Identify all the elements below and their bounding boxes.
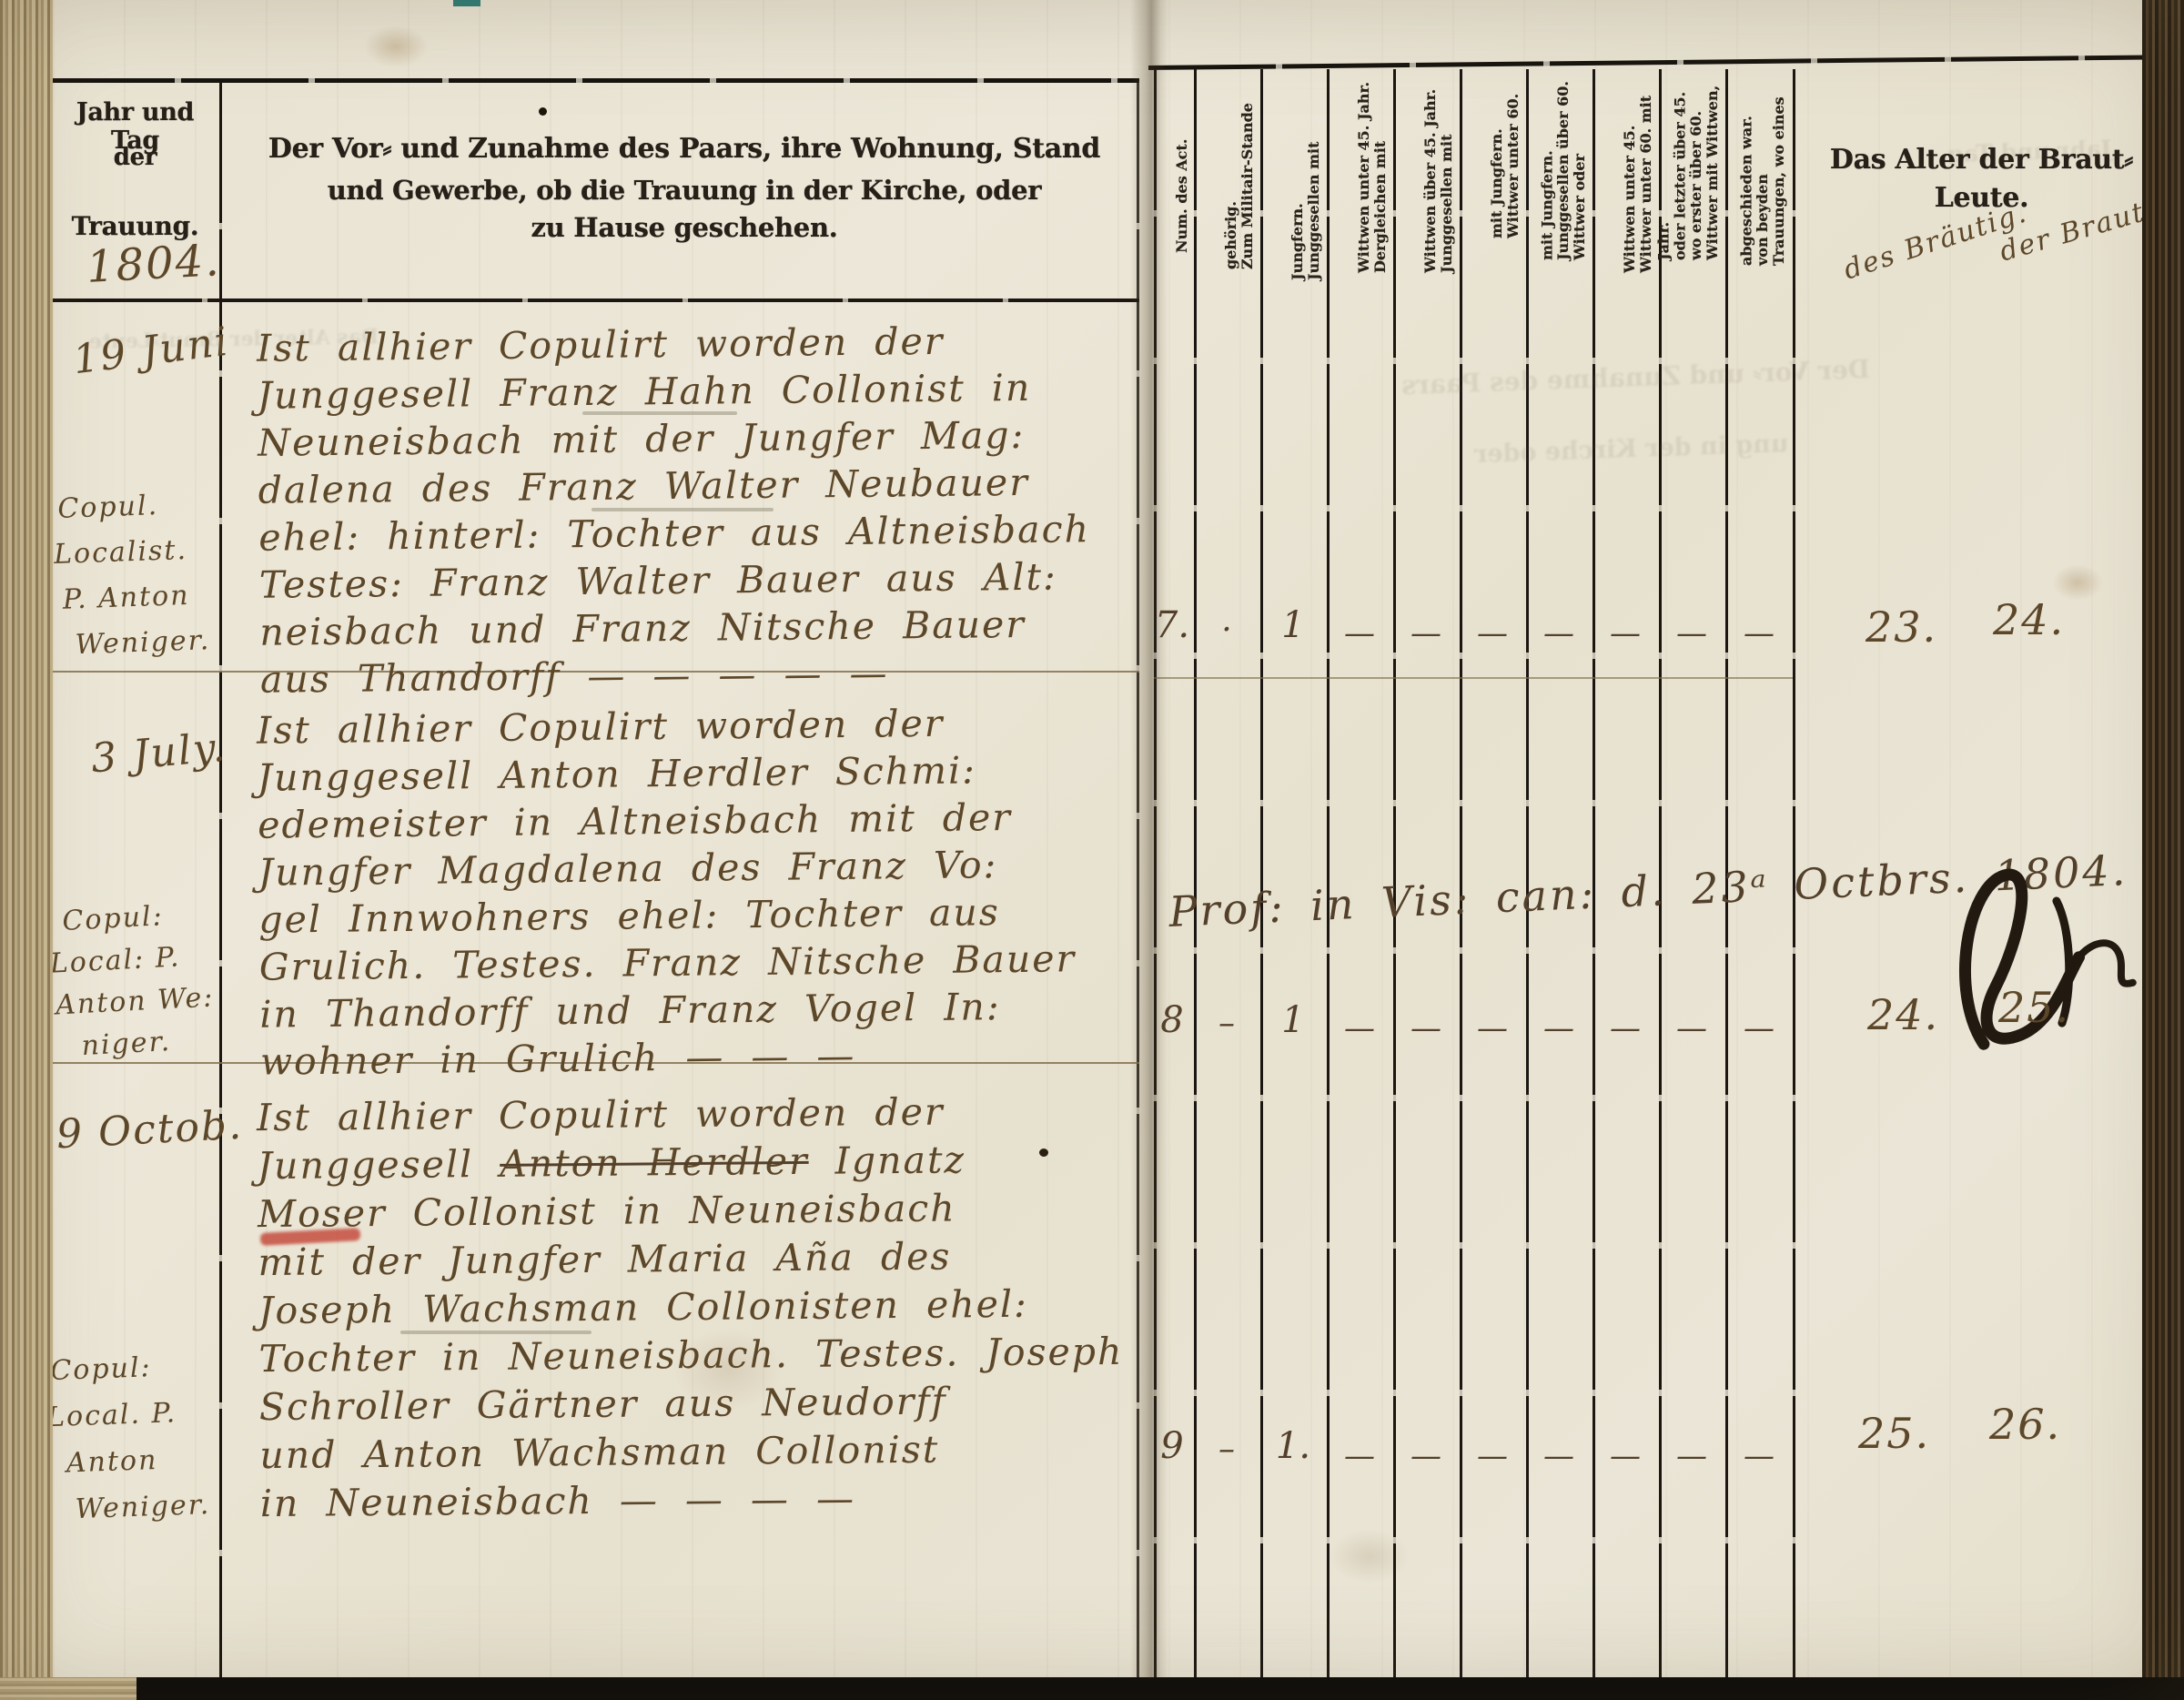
tally-cell: — [1340,615,1380,652]
bride-age: 26. [1989,1400,2061,1449]
tally-cell: — [1739,1010,1779,1047]
paper-stain [1329,1529,1410,1584]
main-header-line3: zu Hause geschehen. [229,212,1139,243]
entry-line: und Anton Wachsman Collonist [259,1424,1124,1480]
tally-cell: — [1472,615,1512,652]
bride-age: 25. [1998,983,2070,1032]
tally-cell: — [1406,615,1446,652]
groom-age: 23. [1865,602,1937,652]
entry-line: aus Thandorff — — — — — [260,647,1092,703]
entry-margin-note: Copul: Local. P. Anton Weniger. [49,1342,211,1533]
tally-cell: — [1406,1010,1446,1047]
tally-cell: – [1207,1431,1247,1468]
entry-line: Testes: Franz Walter Bauer aus Alt: [259,552,1091,609]
column-header-junggesellen-wittwen: Junggesellen mit Wittwen über 45. Jahr. [1399,76,1455,273]
tally-cell: — [1672,1438,1712,1474]
margin-line: niger. [80,1018,217,1068]
struck-text: Anton Herdler [500,1139,809,1186]
age-column-header-line1: Das Alter der Braut⸗ [1825,144,2138,176]
tally-cell: — [1605,1010,1645,1047]
row-separator-right-page [1154,677,1793,679]
entry-line: Schroller Gärtner aus Neudorff [259,1376,1124,1432]
strike-suffix: Ignatz [808,1138,966,1183]
tally-cell: – [1207,1005,1247,1042]
entry-line: dalena des Franz Walter Neubauer [258,458,1089,514]
book-page-edges-left [0,0,53,1700]
tally-cell: — [1605,615,1645,652]
tally-cell: — [1605,1438,1645,1474]
entry-line: Junggesell Anton Herdler Schmi: [257,745,1074,801]
tally-cell: — [1472,1010,1512,1047]
entry-line: Grulich. Testes. Franz Nitsche Bauer [259,935,1077,990]
column-rule [1194,69,1197,1677]
tally-cell: — [1472,1438,1512,1474]
entry-line: wohner in Grulich — — — [260,1029,1077,1085]
tally-cell: — [1672,615,1712,652]
entry-line-with-strikethrough: Junggesell Anton Herdler Ignatz [257,1135,1121,1190]
bleed-through-text: Der Vor⸗ und Zunahme des Paars [1401,354,1871,401]
margin-line: Localist. [53,527,207,578]
margin-line: Copul. [57,481,207,532]
tally-cell: — [1406,1438,1446,1474]
entry-text: Ist allhier Copulirt worden der Junggese… [257,698,1077,1085]
margin-line: P. Anton [62,572,209,623]
strike-prefix: Junggesell [257,1142,500,1188]
margin-line: Anton We: [55,976,215,1027]
entry-line: edemeister in Altneisbach mit der [258,793,1075,848]
entry-line: gel Innwohners ehel: Tochter aus [258,887,1076,943]
entry-line: Moser Collonist in Neuneisbach [258,1183,1122,1239]
tally-cell: 1 [1273,999,1313,1041]
margin-line: Weniger. [75,1482,211,1533]
page-gutter-shadow [1130,0,1168,1700]
book-binding-right [2142,0,2184,1700]
tally-cell: 1 [1273,604,1313,646]
entry-margin-note: Copul. Localist. P. Anton Weniger. [57,481,211,669]
groom-age: 24. [1867,990,1939,1039]
column-rule [1393,69,1396,1677]
entry-line: Joseph Wachsman Collonisten ehel: [258,1280,1123,1335]
column-rule [1327,69,1330,1677]
entry-line: Ist allhier Copulirt worden der [257,1087,1121,1142]
column-header-militair: Zum Militair-Stande gehörig. [1199,76,1256,269]
tally-cell: — [1539,1010,1579,1047]
entry-text: Ist allhier Copulirt worden der Junggese… [257,1087,1125,1528]
main-header-line1: Der Vor⸗ und Zunahme des Paars, ihre Woh… [229,133,1139,165]
entry-line: Neuneisbach mit der Jungfer Mag: [258,410,1089,467]
tally-cell: — [1539,1438,1579,1474]
entry-date: 9 Octob. [56,1102,244,1159]
column-header-wittwer-unter60-jungfern: Wittwer unter 60. mit Jungfern. [1465,76,1522,238]
entry-date: 19 Juni [71,319,232,384]
tally-cell: — [1539,615,1579,652]
tally-cell: — [1739,1438,1779,1474]
year-handwritten: 1804. [86,235,222,293]
date-column-header-line2: der [51,144,219,171]
bride-age: 24. [1993,595,2065,644]
margin-line: Anton [66,1435,209,1486]
entry-line: ehel: hinterl: Tochter aus Altneisbach [258,505,1090,562]
column-header-trauungen-geschieden: Trauungen, wo eines von beyden abgeschie… [1731,76,1787,266]
entry-line: mit der Jungfer Maria Aña des [258,1231,1122,1287]
main-header-line2: und Gewerbe, ob die Trauung in der Kirch… [229,175,1139,206]
tally-cell: — [1340,1010,1380,1047]
column-header-wittwer-wittwen-alt: Wittwer mit Wittwen, wo erster über 60. … [1664,76,1721,260]
column-header-dergleichen-wittwen: Dergleichen mit Wittwen unter 45. Jahr. [1332,76,1389,273]
edge-mark [453,0,480,6]
entry-line: Ist allhier Copulirt worden der [257,316,1088,372]
ink-fleck [539,107,547,116]
bleed-through-text: ung in der Kirche oder [1474,430,1789,469]
column-header-junggesellen-jungfern: Junggesellen mit Jungfern. [1266,76,1322,280]
column-header-wittwer-wittwen-unter45: Wittwer unter 60. mit Wittwen unter 45. [1598,76,1654,273]
top-border-left-page [47,78,1139,83]
pencil-underline [400,1331,591,1334]
entry-margin-note: Copul: Local: P. Anton We: niger. [50,894,217,1069]
entry-line: Ist allhier Copulirt worden der [257,698,1074,754]
tally-cell: — [1340,1438,1380,1474]
margin-line: Copul: [49,1342,206,1394]
tally-cell: — [1739,615,1779,652]
top-border-right-page [1148,56,2148,70]
column-rule [1460,69,1462,1677]
marriage-register-spread: Jahr und Tag der Trauung. Das Alter der … [0,0,2184,1700]
entry-line: in Neuneisbach — — — — [260,1472,1125,1528]
scan-background-strip [136,1677,2184,1700]
column-header-wittwer-ueber60-jungfern: Wittwer oder Junggesellen über 60. mit J… [1532,76,1588,260]
entry-line: Jungfer Magdalena des Franz Vo: [258,840,1075,896]
entry-date: 3 July. [89,724,228,783]
tally-cell: · [1207,612,1247,649]
tally-cell: 1. [1273,1425,1313,1467]
visitation-signature-flourish [1907,833,2179,1112]
entry-line: Tochter in Neuneisbach. Testes. Joseph [258,1328,1123,1383]
pencil-underline [582,411,737,415]
pencil-underline [591,508,773,511]
margin-line: Local. P. [45,1389,207,1441]
margin-line: Weniger. [75,618,211,668]
tally-cell: — [1672,1010,1712,1047]
column-rule [1260,69,1263,1677]
entry-line: neisbach und Franz Nitsche Bauer [259,600,1091,656]
book-page-edges-bottom [0,1677,136,1700]
groom-age: 25. [1858,1409,1930,1458]
header-separator-rule [47,299,1139,302]
entry-line: in Thandorff und Franz Vogel In: [259,982,1077,1037]
paper-stain [364,25,428,67]
